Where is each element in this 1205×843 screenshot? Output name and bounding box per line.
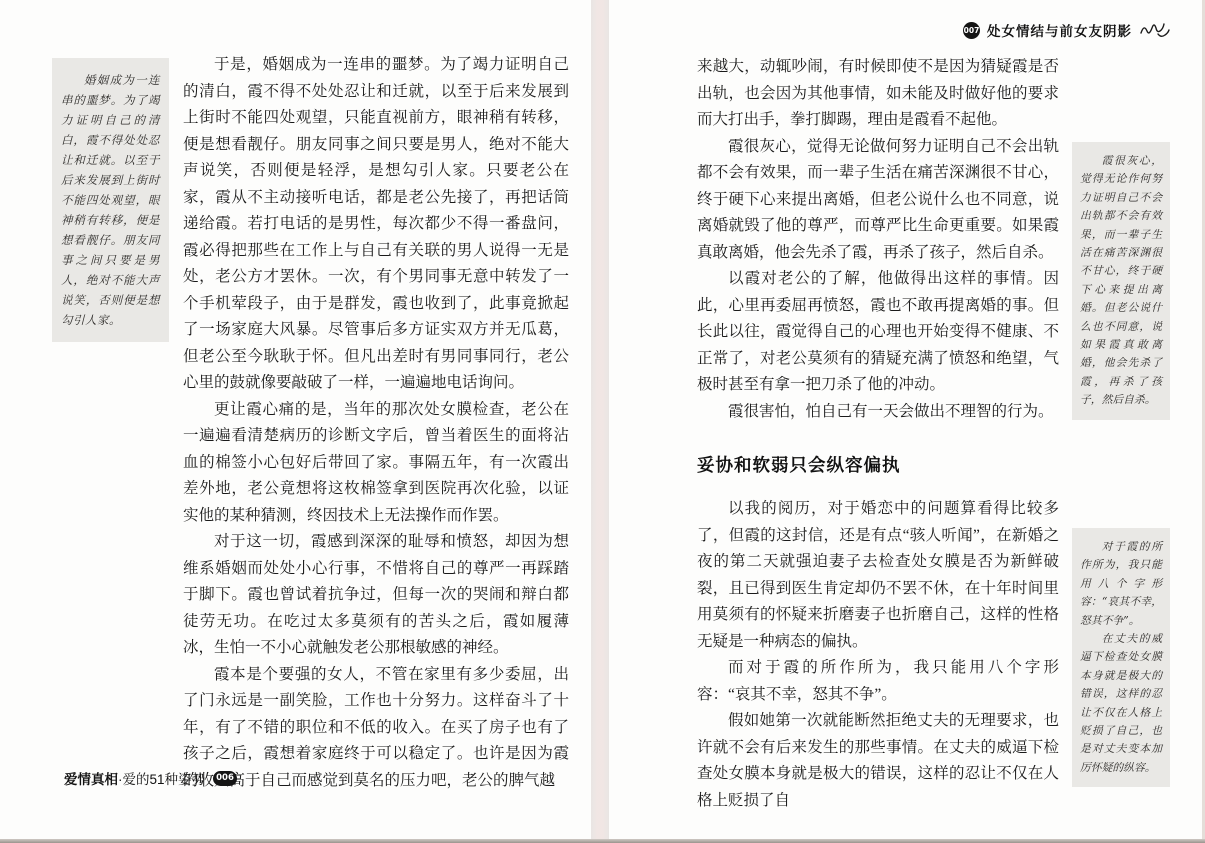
body-paragraph: 以霞对老公的了解，他做得出这样的事情。因此，心里再委屈再愤怒，霞也不敢再提离婚的…	[697, 266, 1059, 399]
book-series-title: 爱情真相	[64, 768, 118, 788]
book-spread: 婚姻成为一连串的噩梦。为了竭力证明自己的清白，霞不得处处忍让和迁就。以至于后来发…	[0, 0, 1205, 843]
margin-note-text: 在丈夫的威逼下检查处女膜本身就是极大的错误，这样的忍让不仅在人格上贬损了自己，也…	[1080, 630, 1162, 777]
body-paragraph: 霞本是个要强的女人，不管在家里有多少委屈，出了门永远是一副笑脸，工作也十分努力。…	[183, 662, 569, 795]
body-paragraph: 来越大，动辄吵闹，有时候即使不是因为猜疑霞是否出轨，也会因为其他事情，如未能及时…	[697, 54, 1059, 134]
book-bottom-edge	[0, 839, 1205, 843]
page-number-badge: 007	[963, 22, 980, 39]
body-paragraph: 以我的阅历，对于婚恋中的问题算看得比较多了，但霞的这封信，还是有点“骇人听闻”，…	[697, 496, 1059, 655]
margin-note-text: 霞很灰心，觉得无论作何努力证明自己不会出轨都不会有效果，而一辈子生活在痛苦深渊很…	[1080, 152, 1162, 410]
page-number-badge: 006	[213, 771, 237, 786]
book-subtitle: ·爱的51种姿势	[118, 768, 205, 788]
page-gutter	[591, 0, 609, 843]
body-paragraph: 而对于霞的所作所为，我只能用八个字形容：“哀其不幸，怒其不争”。	[697, 655, 1059, 708]
body-paragraph: 更让霞心痛的是，当年的那次处女膜检查，老公在一遍遍看清楚病历的诊断文字后，曾当着…	[183, 397, 569, 530]
body-paragraph: 霞很灰心，觉得无论做何努力证明自己不会出轨都不会有效果，而一辈子生活在痛苦深渊很…	[697, 134, 1059, 267]
chapter-title: 处女情结与前女友阴影	[987, 20, 1132, 40]
body-paragraph: 对于这一切，霞感到深深的耻辱和愤怒，却因为想维系婚姻而处处小心行事，不惜将自己的…	[183, 529, 569, 662]
right-page-header: 007 处女情结与前女友阴影	[963, 20, 1171, 40]
body-paragraph: 假如她第一次就能断然拒绝丈夫的无理要求，也许就不会有后来发生的那些事情。在丈夫的…	[697, 708, 1059, 814]
right-margin-note-2: 对于霞的所作所为，我只能用八个字形容：“哀其不幸，怒其不争”。 在丈夫的威逼下检…	[1072, 528, 1170, 787]
right-margin-note-1: 霞很灰心，觉得无论作何努力证明自己不会出轨都不会有效果，而一辈子生活在痛苦深渊很…	[1072, 142, 1170, 420]
right-page-body: 来越大，动辄吵闹，有时候即使不是因为猜疑霞是否出轨，也会因为其他事情，如未能及时…	[697, 54, 1059, 814]
margin-note-text: 对于霞的所作所为，我只能用八个字形容：“哀其不幸，怒其不争”。	[1080, 538, 1162, 630]
scribble-doodle-icon	[1139, 21, 1171, 39]
body-paragraph: 于是，婚姻成为一连串的噩梦。为了竭力证明自己的清白，霞不得不处处忍让和迁就，以至…	[183, 52, 569, 397]
body-paragraph: 霞很害怕，怕自己有一天会做出不理智的行为。	[697, 399, 1059, 426]
section-heading: 妥协和软弱只会纵容偏执	[697, 452, 1059, 477]
left-page-body: 于是，婚姻成为一连串的噩梦。为了竭力证明自己的清白，霞不得不处处忍让和迁就，以至…	[183, 52, 569, 794]
margin-note-text: 婚姻成为一连串的噩梦。为了竭力证明自己的清白，霞不得处处忍让和迁就。以至于后来发…	[61, 70, 160, 330]
left-page-footer: 爱情真相 ·爱的51种姿势 006	[64, 768, 237, 788]
left-margin-note: 婚姻成为一连串的噩梦。为了竭力证明自己的清白，霞不得处处忍让和迁就。以至于后来发…	[52, 58, 169, 342]
